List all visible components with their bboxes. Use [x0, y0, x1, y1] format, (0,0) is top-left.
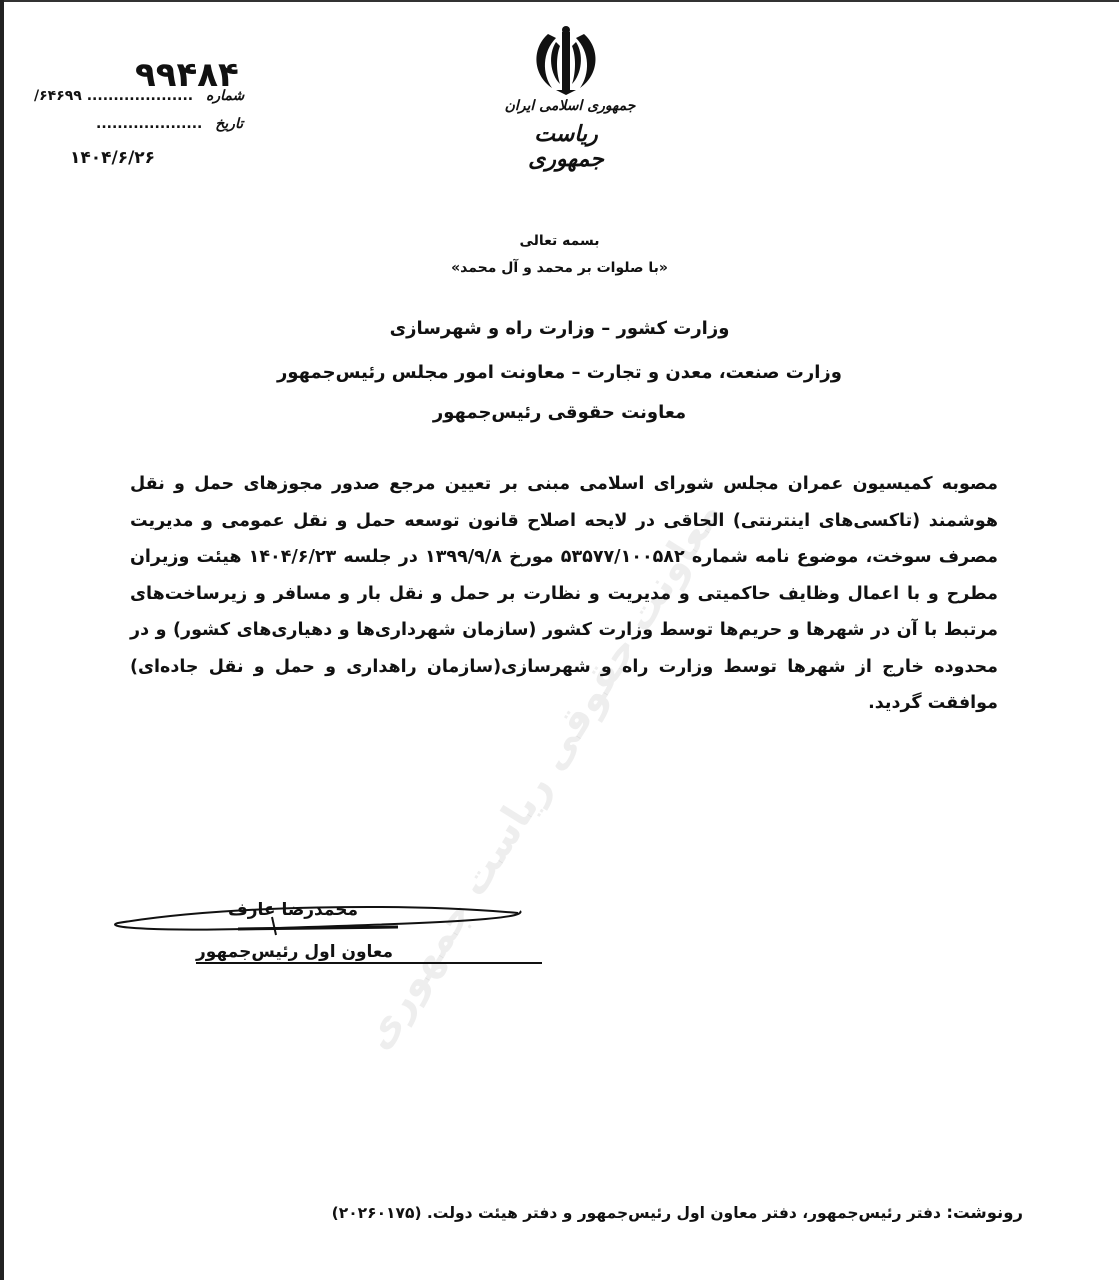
- carbon-copy: رونوشت: دفتر رئیس‌جمهور، دفتر معاون اول …: [240, 1203, 1023, 1222]
- number-value: ۶۴۶۹۹/: [34, 88, 82, 104]
- emblem-country-text: جمهوری اسلامی ایران: [500, 98, 640, 114]
- date-dots: ....................: [96, 116, 202, 132]
- date-value: ۱۴۰۴/۶/۲۶: [70, 148, 155, 168]
- signatory-title: معاون اول رئیس‌جمهور: [196, 942, 393, 962]
- emblem-icon: [526, 26, 606, 96]
- page-top-edge: [0, 0, 1119, 2]
- letter-number-row: شماره .................... ۶۴۶۹۹/: [34, 88, 244, 104]
- signature-underline: [196, 962, 542, 964]
- bismillah: بسمه تعالی: [0, 233, 1119, 249]
- emblem-office-text: ریاست جمهوری: [496, 122, 636, 172]
- cc-recipients: دفتر رئیس‌جمهور، دفتر معاون اول رئیس‌جمه…: [332, 1204, 941, 1222]
- decree-body: مصوبه کمیسیون عمران مجلس شورای اسلامی مب…: [130, 466, 998, 722]
- number-dots: ....................: [87, 88, 193, 104]
- date-label: تاریخ: [215, 116, 243, 132]
- addressee-line-2: وزارت صنعت، معدن و تجارت – معاونت امور م…: [0, 362, 1119, 383]
- letter-date-row: تاریخ ....................: [96, 116, 243, 132]
- addressee-line-3: معاونت حقوقی رئیس‌جمهور: [0, 402, 1119, 423]
- cc-label: رونوشت:: [946, 1203, 1023, 1222]
- signatory-name: محمدرضا عارف: [228, 900, 358, 920]
- number-label: شماره: [206, 88, 244, 104]
- addressee-line-1: وزارت کشور – وزارت راه و شهرسازی: [0, 318, 1119, 339]
- page-left-edge: [0, 0, 4, 1280]
- salawat: «با صلوات بر محمد و آل محمد»: [0, 260, 1119, 276]
